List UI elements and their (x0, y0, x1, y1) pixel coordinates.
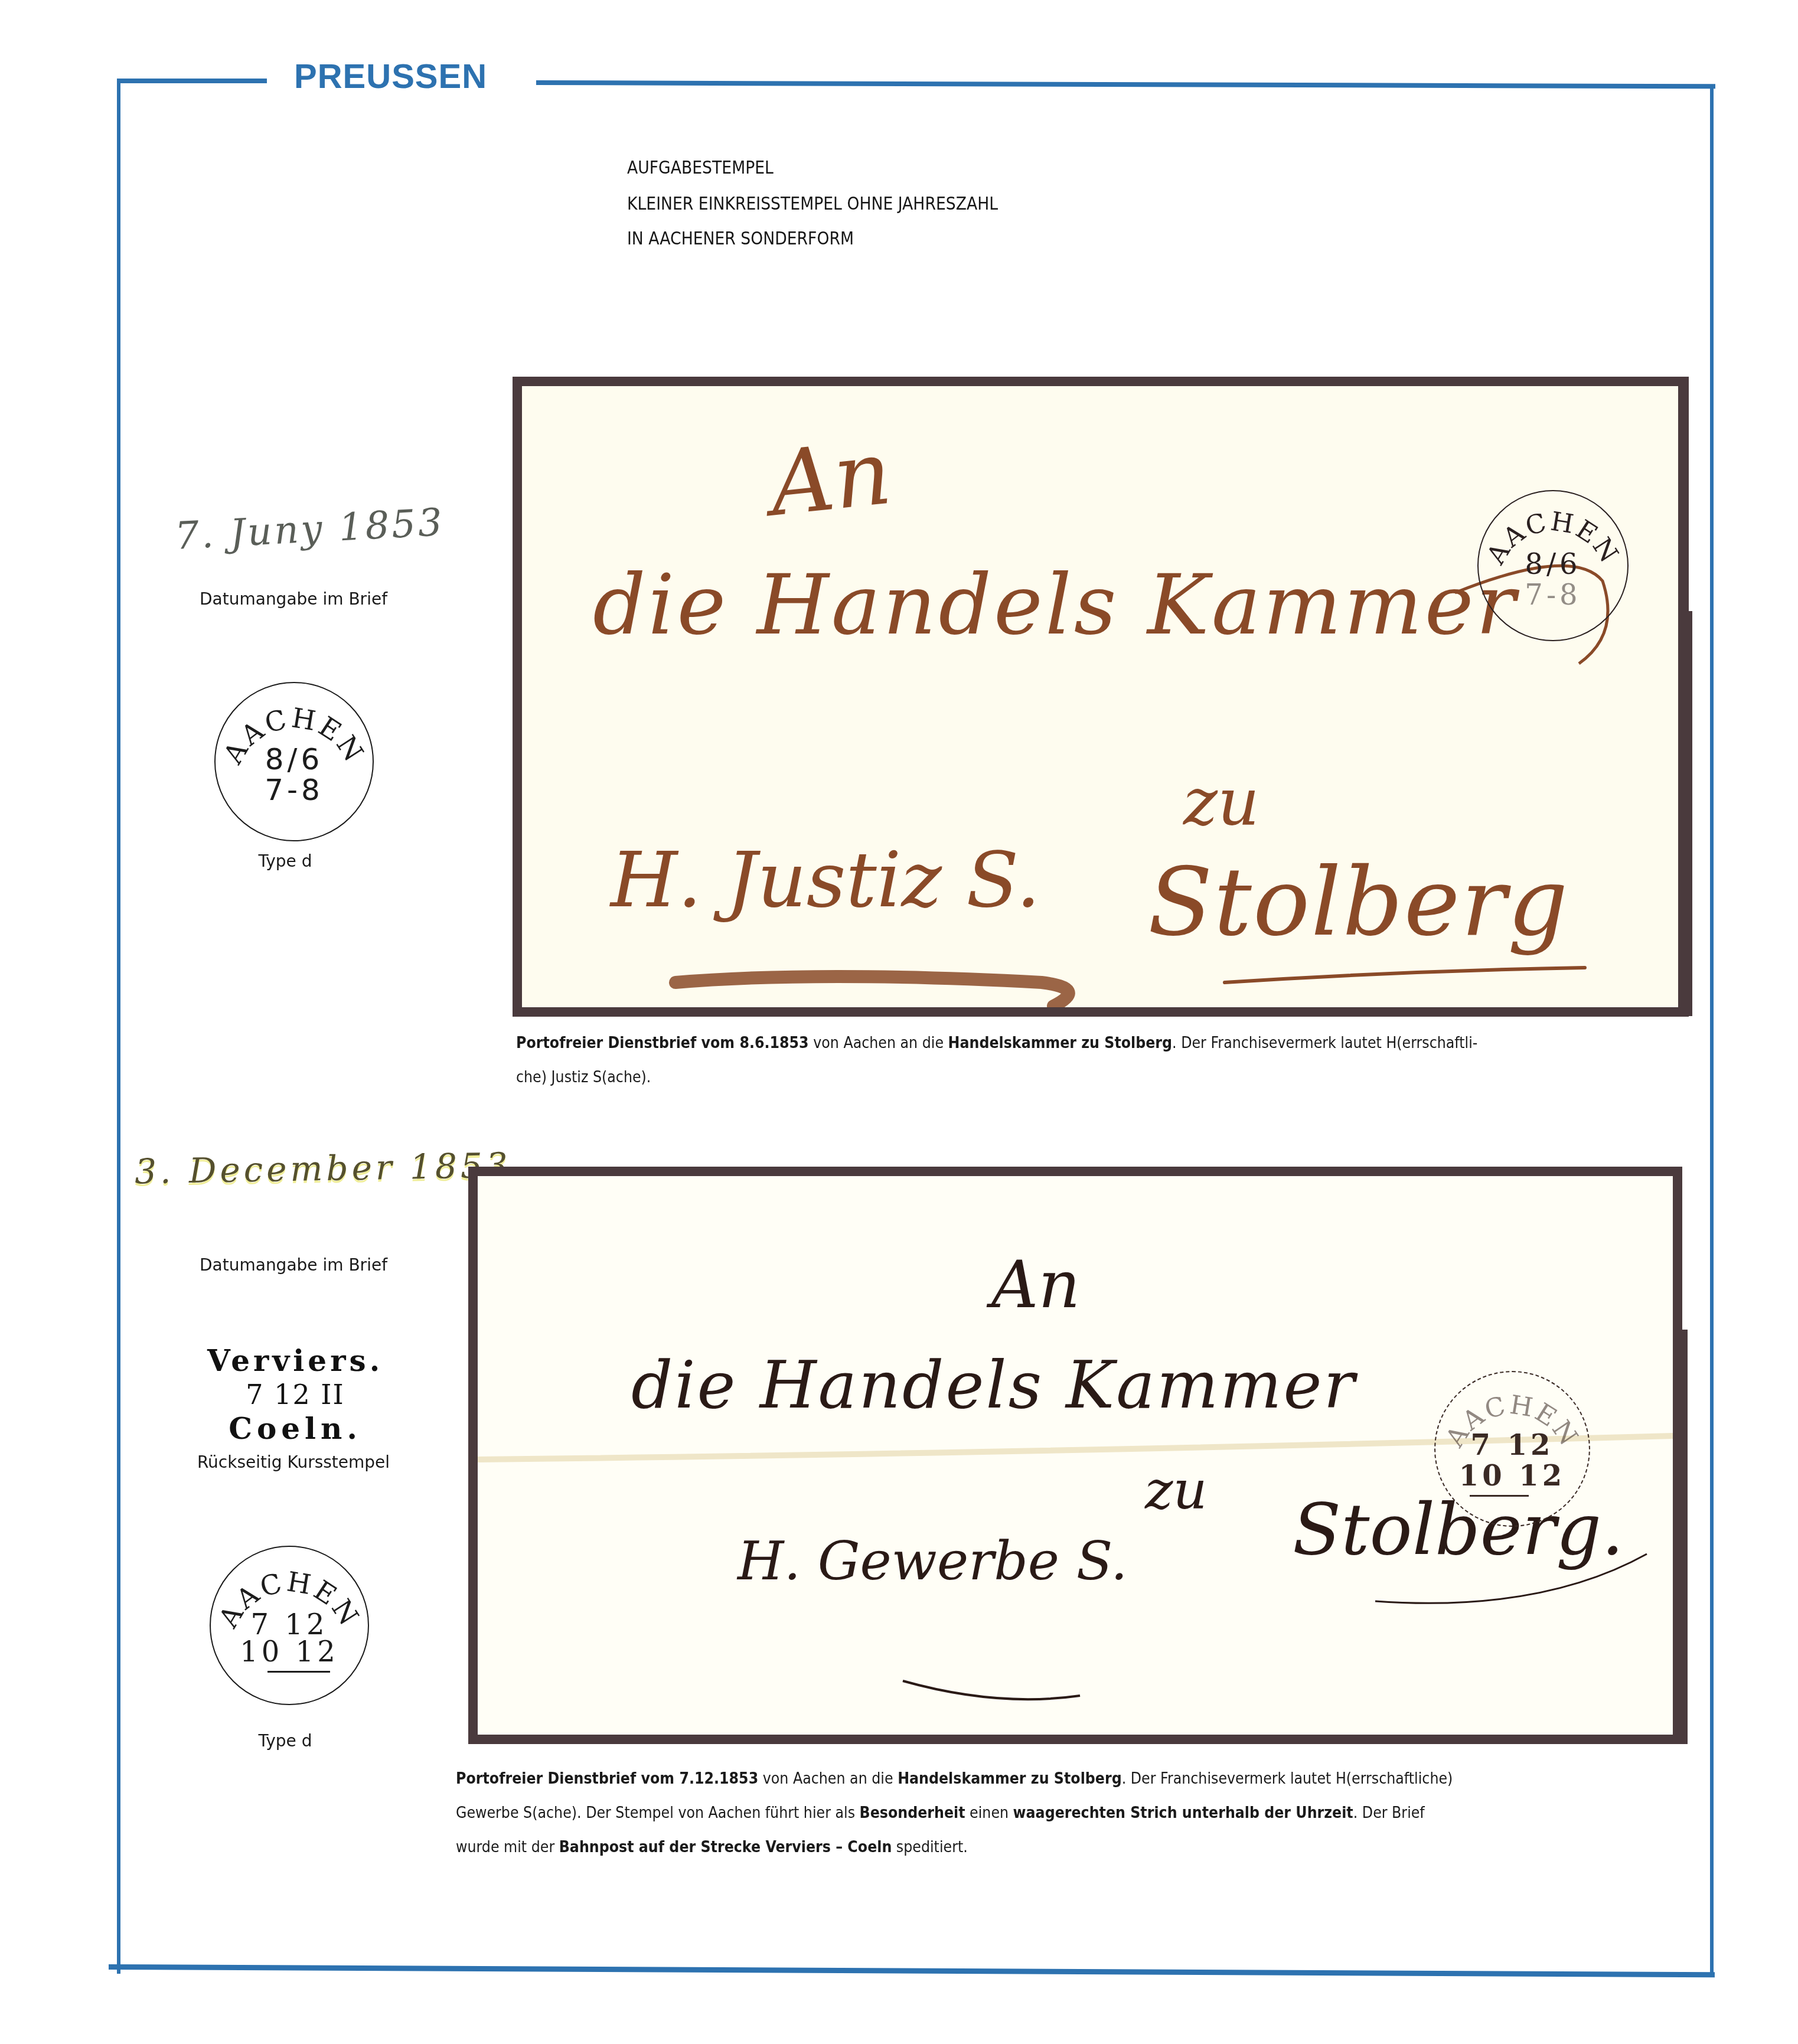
transit-stamp-line-3: Coeln. (171, 1411, 419, 1446)
frame-right-line (1710, 85, 1714, 1974)
cover-2-caption-text: Portofreier Dienstbrief vom 7.12.1853 vo… (456, 1769, 1453, 1856)
transit-stamp-label: Rückseitig Kursstempel (175, 1452, 412, 1472)
date-label-1: Datumangabe im Brief (175, 589, 412, 609)
cover-2-postmark: AACHEN 7 12 10 12 (1434, 1371, 1590, 1527)
cover-2-paper: An die Handels Kammer zu Stolberg. H. Ge… (478, 1176, 1673, 1735)
postmark-time: 7-8 (216, 773, 373, 807)
postmark-type-label-2: Type d (167, 1731, 403, 1751)
frame-left-line (117, 79, 120, 1974)
heading-line-1: AUFGABESTEMPEL (627, 157, 774, 178)
cover-1-caption-text: Portofreier Dienstbrief vom 8.6.1853 von… (516, 1034, 1477, 1086)
postmark-2-time: 10 12 (211, 1635, 368, 1668)
date-label-2: Datumangabe im Brief (175, 1255, 412, 1275)
cover-1-postmark: AACHEN 8/6 7-8 (1477, 490, 1629, 641)
cover-1-ink-strokes (522, 386, 1678, 1007)
cover-2-postmark-underline (1470, 1495, 1529, 1497)
cover-2-postmark-date: 7 12 (1435, 1429, 1589, 1462)
frame-bottom-line (109, 1964, 1715, 1977)
postmark-type-label-1: Type d (167, 851, 403, 871)
cover-2-postmark-time: 10 12 (1435, 1459, 1589, 1493)
cover-2-fold (1675, 1330, 1688, 1744)
postmark-date: 8/6 (216, 742, 373, 776)
heading-line-2: KLEINER EINKREISSTEMPEL OHNE JAHRESZAHL (627, 193, 998, 214)
postmark-2-underline (267, 1671, 330, 1673)
frame-top-left-line (118, 79, 267, 83)
postmark-drawing-1: AACHEN 8/6 7-8 (214, 682, 374, 841)
section-title: PREUSSEN (294, 57, 487, 96)
cover-1-postmark-time: 7-8 (1479, 579, 1627, 612)
transit-stamp-line-2: 7 12 II (171, 1379, 419, 1410)
transit-stamp-line-1: Verviers. (171, 1343, 419, 1378)
cover-1-mount: An die Handels Kammer zu Stolberg H. Jus… (513, 377, 1689, 1017)
cover-1-postmark-date: 8/6 (1479, 548, 1627, 581)
handwritten-date-2: 3. December 1853 (134, 1145, 511, 1191)
cover-1-fold (1680, 611, 1692, 1016)
postmark-drawing-2: AACHEN 7 12 10 12 (210, 1546, 369, 1705)
cover-1-paper: An die Handels Kammer zu Stolberg H. Jus… (522, 386, 1678, 1007)
handwritten-date-1: 7. Juny 1853 (174, 501, 445, 559)
cover-2-caption: Portofreier Dienstbrief vom 7.12.1853 vo… (456, 1762, 1724, 1865)
heading-line-3: IN AACHENER SONDERFORM (627, 228, 854, 249)
cover-1-caption: Portofreier Dienstbrief vom 8.6.1853 von… (516, 1026, 1696, 1095)
cover-2-mount: An die Handels Kammer zu Stolberg. H. Ge… (468, 1167, 1682, 1744)
frame-top-right-line (536, 80, 1715, 89)
